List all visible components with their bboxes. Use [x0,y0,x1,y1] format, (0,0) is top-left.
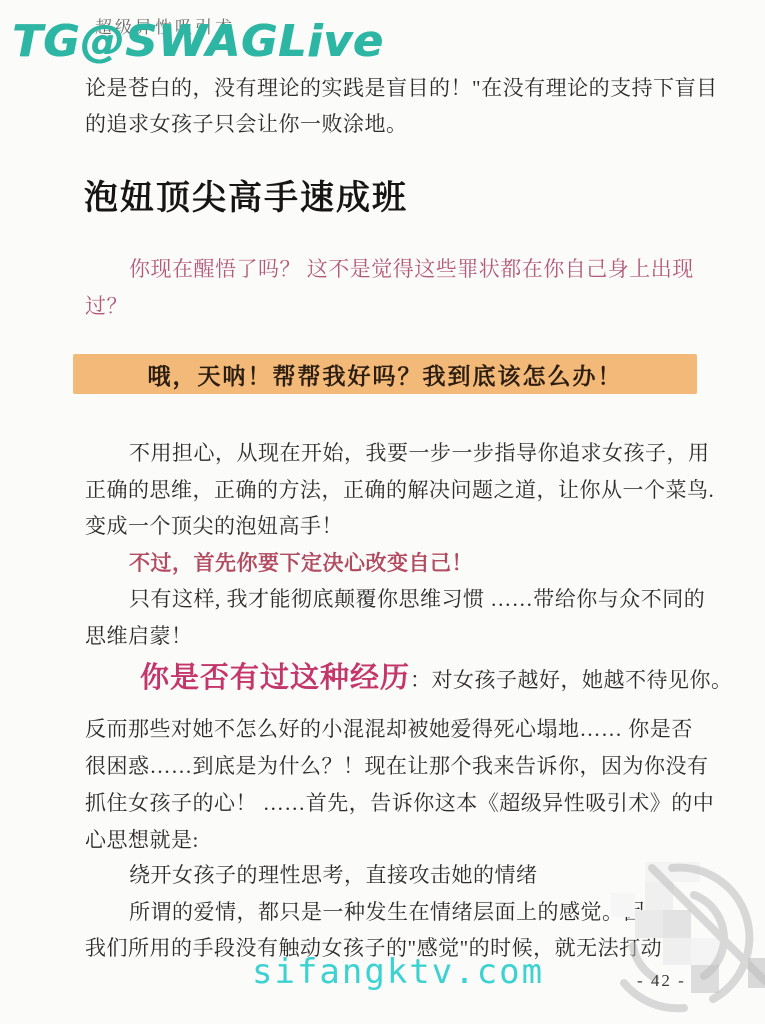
coach-line-2: 正确的思维，正确的方法，正确的解决问题之道，让你从一个菜鸟. [85,474,714,504]
site-watermark: sifangktv.com [252,952,544,992]
coach-line-3: 变成一个顶尖的泡妞高手！ [85,510,343,540]
experience-line-1: 反而那些对她不怎么好的小混混却被她爱得死心塌地…… 你是否 [85,713,693,743]
scanned-book-page: 超级异性吸引术 TG@SWAGLive 论是苍白的，没有理论的实践是盲目的！"在… [0,0,765,1024]
experience-heading-tail: ：对女孩子越好，她越不待见你。 [410,668,733,692]
mindset-line-2: 思维启蒙！ [85,620,193,650]
experience-line-2: 很困惑……到底是为什么？！现在让那个我来告诉你，因为你没有 [85,750,709,780]
experience-heading-line: 你是否有过这种经历：对女孩子越好，她越不待见你。 [140,655,733,696]
intro-line-1: 论是苍白的，没有理论的实践是盲目的！"在没有理论的支持下盲目 [85,72,718,102]
circular-logo-watermark [600,858,765,1024]
callout-banner: 哦，天呐！帮帮我好吗？我到底该怎么办！ [73,354,697,394]
section-heading: 泡妞顶尖高手速成班 [84,170,408,219]
coach-line-1: 不用担心，从现在开始，我要一步一步指导你追求女孩子，用 [129,437,710,467]
page-number: - 42 - [637,971,686,991]
tg-channel-watermark: TG@SWAGLive [12,20,384,64]
callout-banner-text: 哦，天呐！帮帮我好吗？我到底该怎么办！ [148,358,623,391]
pink-question-line-2: 过？ [85,290,128,320]
experience-heading: 你是否有过这种经历 [140,662,410,694]
pink-resolve-line: 不过，首先你要下定决心改变自己！ [129,547,473,577]
core-idea-line-1: 绕开女孩子的理性思考，直接攻击她的情绪 [129,859,538,889]
pink-question-line-1: 你现在醒悟了吗？ 这不是觉得这些罪状都在你自己身上出现 [129,253,694,283]
mindset-line-1: 只有这样, 我才能彻底颠覆你思维习惯 ……带给你与众不同的 [129,583,705,613]
experience-line-3: 抓住女孩子的心！ ……首先，告诉你这本《超级异性吸引术》的中 [85,787,714,817]
intro-line-2: 的追求女孩子只会让你一败涂地。 [85,108,408,138]
core-idea-line-2: 所谓的爱情，都只是一种发生在情绪层面上的感觉。因 [129,896,645,926]
experience-line-4: 心思想就是: [85,824,199,854]
